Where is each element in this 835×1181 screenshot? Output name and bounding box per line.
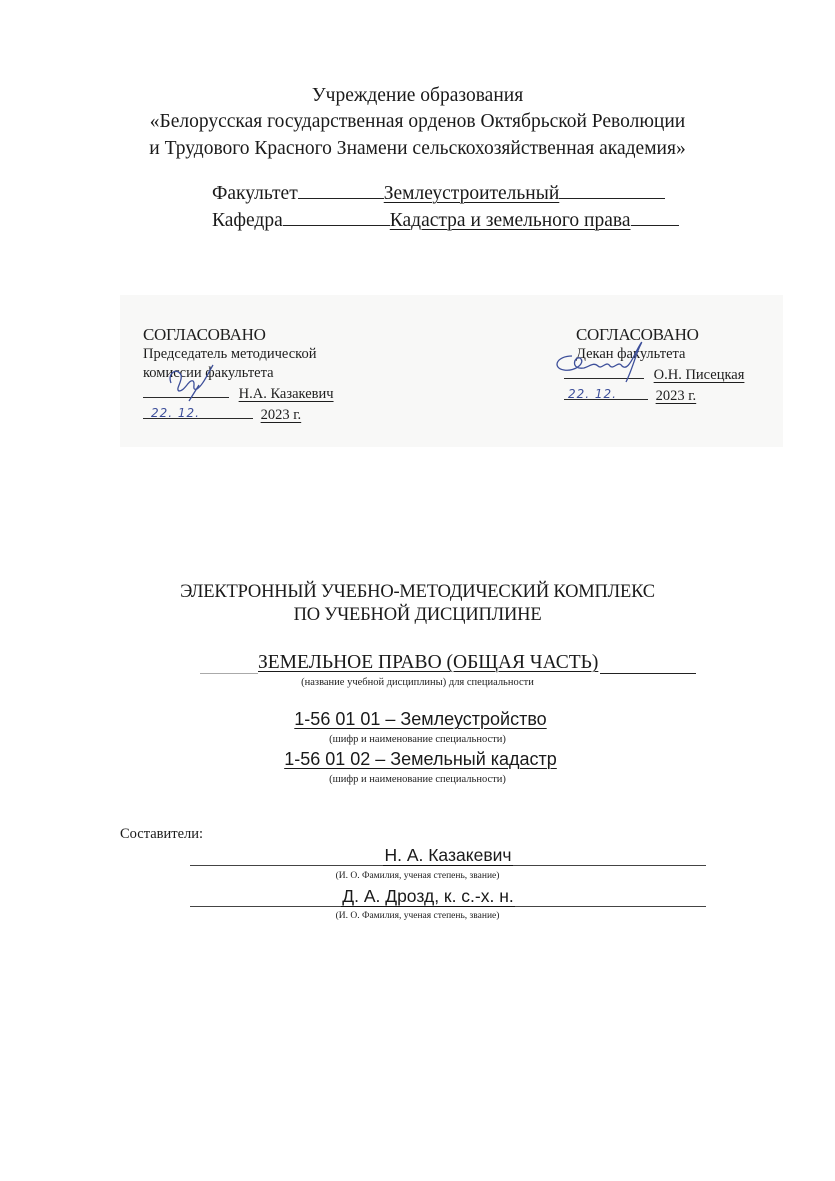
document-title-line2: ПО УЧЕБНОЙ ДИСЦИПЛИНЕ — [0, 604, 835, 626]
handwritten-signature-icon — [550, 336, 650, 384]
discipline-fill-line — [200, 673, 258, 674]
discipline-caption: (название учебной дисциплины) для специа… — [0, 677, 835, 688]
author-1-name: Н. А. Казакевич — [383, 845, 512, 866]
institution-type: Учреждение образования — [0, 82, 835, 109]
specialty-1: 1-56 01 01 – Землеустройство — [0, 709, 835, 730]
specialty-2-value: 1-56 01 02 – Земельный кадастр — [278, 749, 557, 769]
author-row: Д. А. Дрозд, к. с.-х. н. — [190, 886, 706, 908]
faculty-fill-line — [298, 180, 384, 199]
department-fill-line — [283, 207, 390, 226]
faculty-value: Землеустроительный — [384, 183, 560, 204]
discipline-field: ЗЕМЕЛЬНОЕ ПРАВО (ОБЩАЯ ЧАСТЬ) — [200, 652, 696, 676]
approval-signer: О.Н. Писецкая — [654, 367, 745, 383]
faculty-fill-line — [559, 180, 665, 199]
author-caption: (И. О. Фамилия, ученая степень, звание) — [0, 871, 835, 881]
specialty-1-value: 1-56 01 01 – Землеустройство — [288, 709, 546, 729]
approval-date-row: 22. 12. 2023 г. — [143, 404, 334, 425]
author-name: Д. А. Дрозд, к. с.-х. н. — [170, 886, 686, 907]
authors-label: Составители: — [120, 826, 203, 843]
department-value: Кадастра и земельного права — [390, 210, 631, 231]
institution-name-line1: «Белорусская государственная орденов Окт… — [0, 108, 835, 135]
approval-left: СОГЛАСОВАНО Председатель методической ко… — [143, 325, 334, 425]
author-2-name: Д. А. Дрозд, к. с.-х. н. — [341, 886, 515, 907]
author-row: Н. А. Казакевич — [190, 845, 706, 867]
handwritten-signature-icon — [163, 361, 225, 403]
author-name: Н. А. Казакевич — [190, 845, 706, 866]
institution-name-line2: и Трудового Красного Знамени сельскохозя… — [0, 135, 835, 162]
author-caption: (И. О. Фамилия, ученая степень, звание) — [0, 911, 835, 921]
handwritten-date: 22. 12. — [151, 404, 200, 423]
discipline-fill-line — [600, 673, 696, 674]
approval-year: 2023 г. — [656, 388, 697, 404]
handwritten-date: 22. 12. — [568, 385, 617, 404]
approval-date-row: 22. 12. 2023 г. — [564, 385, 744, 406]
department-row: КафедраКадастра и земельного права — [212, 207, 679, 232]
document-title-line1: ЭЛЕКТРОННЫЙ УЧЕБНО-МЕТОДИЧЕСКИЙ КОМПЛЕКС — [0, 581, 835, 603]
department-label: Кафедра — [212, 210, 283, 231]
department-fill-line — [631, 207, 679, 226]
specialty-1-caption: (шифр и наименование специальности) — [0, 734, 835, 745]
discipline-name: ЗЕМЕЛЬНОЕ ПРАВО (ОБЩАЯ ЧАСТЬ) — [258, 652, 598, 674]
approval-year: 2023 г. — [261, 407, 302, 423]
specialty-2-caption: (шифр и наименование специальности) — [0, 774, 835, 785]
approval-right: СОГЛАСОВАНО Декан факультета О.Н. Писецк… — [576, 325, 744, 406]
faculty-label: Факультет — [212, 183, 298, 204]
approval-heading: СОГЛАСОВАНО — [143, 325, 334, 345]
approval-signer: Н.А. Казакевич — [239, 386, 334, 402]
approval-signature-row: Н.А. Казакевич — [143, 383, 334, 404]
specialty-2: 1-56 01 02 – Земельный кадастр — [0, 749, 835, 770]
faculty-row: ФакультетЗемлеустроительный — [212, 180, 665, 205]
approval-scan: СОГЛАСОВАНО Председатель методической ко… — [120, 295, 783, 447]
approval-signature-row: О.Н. Писецкая — [564, 364, 744, 385]
